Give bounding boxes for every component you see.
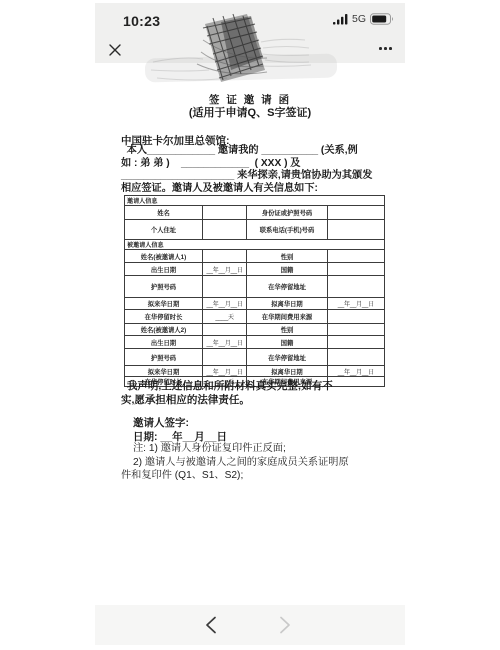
table-cell [327,276,384,298]
note-line: 2) 邀请人与被邀请人之间的家庭成员关系证明原 [121,456,391,470]
table-cell: 姓名(被邀请人1) [125,250,203,263]
body-line: 本人____________ 邀请我的 __________ (关系,例 [121,145,387,158]
signature-label: 邀请人签字: [133,415,189,430]
table-cell: 在华停留时长 [125,310,203,324]
bottom-nav-bar [95,605,405,645]
table-row: 在华停留时长 ____天 在华期间费用来源 [125,310,385,324]
table-cell [327,349,384,366]
table-cell [203,349,247,366]
table-row: 姓名(被邀请人2) 性别 [125,324,385,336]
more-menu-icon[interactable] [379,47,392,50]
table-cell: 护照号码 [125,276,203,298]
table-row: 拟来华日期 __年__月__日 拟离华日期 __年__月__日 [125,298,385,310]
table-cell: __年__月__日 [203,298,247,310]
table-cell [203,276,247,298]
table-cell: __年__月__日 [203,263,247,276]
table-cell: 姓名(被邀请人2) [125,324,203,336]
table-cell: 国籍 [247,336,328,349]
body-line: 如 : 弟 弟 ) ____________ ( XXX ) 及 [121,158,387,171]
table-cell: ____天 [203,310,247,324]
table-cell: 联系电话(手机)号码 [247,220,328,240]
table-row: 个人住址 联系电话(手机)号码 [125,220,385,240]
table-row: 出生日期 __年__月__日 国籍 [125,336,385,349]
table-cell [203,324,247,336]
body-paragraph: 本人____________ 邀请我的 __________ (关系,例 如 :… [121,145,387,195]
table-cell [327,220,384,240]
table-cell: 拟来华日期 [125,298,203,310]
table-cell: __年__月__日 [203,366,247,377]
declaration-paragraph: 我声明,上述信息和所附材料真实完整;如有不 实,愿承担相应的法律责任。 [121,380,389,407]
table-cell: 出生日期 [125,263,203,276]
table-cell: __年__月__日 [327,298,384,310]
table-cell [203,206,247,220]
table-row: 护照号码 在华停留地址 [125,276,385,298]
declaration-line: 我声明,上述信息和所附材料真实完整;如有不 [121,380,389,394]
phone-screenshot: 10:23 5G [95,0,405,650]
note-line: 件和复印件 (Q1、S1、S2); [121,469,391,483]
table-row: 拟来华日期 __年__月__日 拟离华日期 __年__月__日 [125,366,385,377]
note-line: 注: 1) 邀请人身份证复印件正反面; [121,442,391,456]
table-cell [327,336,384,349]
body-line: 相应签证。邀请人及被邀请人有关信息如下: [121,183,387,196]
table-row: 姓名 身份证或护照号码 [125,206,385,220]
forward-icon[interactable] [279,616,291,634]
table-section-inviter: 邀请人信息 [125,196,385,206]
table-cell [327,310,384,324]
table-cell [327,206,384,220]
table-cell: 出生日期 [125,336,203,349]
table-cell: 姓名 [125,206,203,220]
table-cell [203,250,247,263]
table-cell: 在华停留地址 [247,349,328,366]
table-cell: 拟离华日期 [247,366,328,377]
table-cell [327,250,384,263]
table-cell: 护照号码 [125,349,203,366]
back-icon[interactable] [205,616,217,634]
table-row: 出生日期 __年__月__日 国籍 [125,263,385,276]
body-line: ____________________ 来华探亲,请贵馆协助为其颁发 [121,170,387,183]
document-subtitle: (适用于申请Q、S字签证) [95,104,405,120]
table-cell: 在华期间费用来源 [247,310,328,324]
declaration-line: 实,愿承担相应的法律责任。 [121,394,389,408]
table-cell [327,324,384,336]
table-cell: 性别 [247,250,328,263]
table-section-invitee: 被邀请人信息 [125,240,385,250]
table-cell: 性别 [247,324,328,336]
table-cell [327,263,384,276]
table-cell: 在华停留地址 [247,276,328,298]
table-cell: 国籍 [247,263,328,276]
table-row: 护照号码 在华停留地址 [125,349,385,366]
table-cell: 身份证或护照号码 [247,206,328,220]
document-page: 签 证 邀 请 函 (适用于申请Q、S字签证) 中国驻卡尔加里总领馆: 本人__… [95,63,405,605]
table-row: 姓名(被邀请人1) 性别 [125,250,385,263]
table-cell: 个人住址 [125,220,203,240]
table-cell [203,220,247,240]
table-cell: __年__月__日 [327,366,384,377]
table-cell: 拟离华日期 [247,298,328,310]
notes-block: 注: 1) 邀请人身份证复印件正反面; 2) 邀请人与被邀请人之间的家庭成员关系… [121,442,391,483]
invitation-form-table: 邀请人信息 姓名 身份证或护照号码 个人住址 联系电话(手机)号码 被邀请人信息… [124,195,385,387]
network-type-label: 5G [352,13,366,25]
table-cell: __年__月__日 [203,336,247,349]
table-cell: 拟来华日期 [125,366,203,377]
battery-icon [370,13,395,25]
close-icon[interactable] [108,43,122,57]
